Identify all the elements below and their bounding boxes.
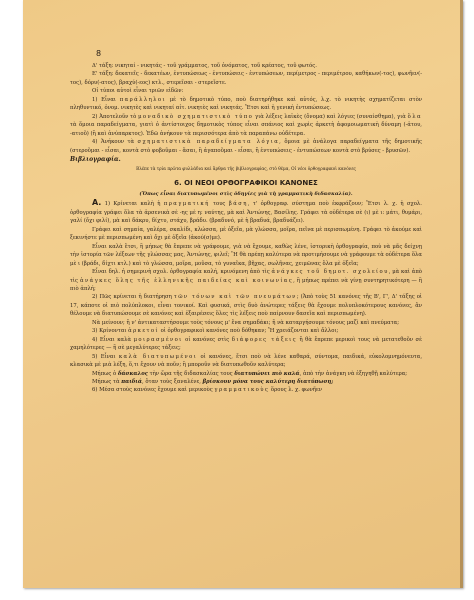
text: Μήπως ὁ xyxy=(92,371,116,377)
section-subheading: (Ὅπως εἶναι διατυπωμένοι στὶς ὁδηγίες γι… xyxy=(70,190,422,199)
section-heading: 6. ΟΙ ΝΕΟΙ ΟΡΘΟΓΡΑΦΙΚΟΙ ΚΑΝΟΝΕΣ xyxy=(70,176,422,190)
spaced-emphasis: διάφορες τάξεις xyxy=(232,337,297,343)
paragraph-a-7: 3) Κρίνονται ἀρκετοί οἱ ὀρθογραφικοὶ καν… xyxy=(70,327,422,335)
text: , ἀπὸ τὴν ἀνάγκη νὰ ἐξηγηθῇ καλύτερα; xyxy=(300,371,407,377)
text: 2) Ἀποτελοῦν τὸ xyxy=(92,114,136,120)
paragraph-a-8: 4) Εἶναι καλὰ μοιρασμένοι οἱ κανόνες στὶ… xyxy=(70,336,422,353)
bibliography-title: Βιβλιογραφία. xyxy=(70,155,422,165)
text: 3) Κρίνονται xyxy=(92,328,126,334)
text: 4) Ἀνήκουν τὰ xyxy=(92,139,134,145)
spaced-emphasis: τῶν τόνων καὶ τῶν πνευμάτων xyxy=(174,294,297,300)
text: 4) Εἶναι καλὰ xyxy=(92,337,131,343)
text: οἱ ὀρθογραφικοὶ κανόνες ποὺ δόθηκαν; Ἢ χ… xyxy=(161,328,339,334)
text: 2) Πῶς κρίνεται ἡ διατήρηση xyxy=(92,294,172,300)
document-body: Δ' τάξη: νικηταί - νικητάς - τοῦ γράμματ… xyxy=(70,62,422,395)
paragraph-a-3: Εἶναι καλὰ ἔτσι, ἢ μήπως θὰ ἔπρεπε νὰ γρ… xyxy=(70,243,422,268)
text: 1) Εἶναι xyxy=(92,97,116,103)
spaced-emphasis: ὅλα xyxy=(408,114,422,120)
spaced-emphasis: μοιρασμένοι xyxy=(134,337,183,343)
paragraph-class-d: Δ' τάξη: νικηταί - νικητάς - τοῦ γράμματ… xyxy=(70,62,422,70)
spaced-emphasis: γραμματικοὺς xyxy=(214,387,269,393)
text: 1) Κρίνεται καλὴ ἡ xyxy=(105,201,161,207)
paragraph-a-1: Α. 1) Κρίνεται καλὴ ἡ πραγματική τους βά… xyxy=(70,199,422,225)
bold-italic-emphasis: παιδιά xyxy=(121,379,142,385)
text: 5) Εἶναι xyxy=(92,354,116,360)
bibliography-note: Βλέπε τὰ τρία πρῶτα φυλλάδια καὶ ἄρθρα τ… xyxy=(70,165,422,173)
paragraph-a-6: Νὰ μείνουν; ἢ ν' ἀντικαταστήσουμε τοὺς τ… xyxy=(70,319,422,327)
paragraph-point-4: 4) Ἀνήκουν τὰ σχηματιστικὰ παραδείγματα … xyxy=(70,138,422,155)
spaced-emphasis: μοναδικὸ σχηματιστικὸ τύπο xyxy=(138,114,253,120)
text: τους xyxy=(213,201,225,207)
text: 6) Μέσα στοὺς κανόνες ἔχουμε καὶ μερικοὺ… xyxy=(92,387,213,393)
paragraph-point-1: 1) Εἶναι παράλληλοι μὲ τὸ δημοτικὸ τύπο,… xyxy=(70,96,422,113)
spaced-emphasis: σχηματιστικὰ παραδείγματα λόγια xyxy=(138,139,280,145)
paragraph-types-intro: Οἱ τύποι αὐτοὶ εἶναι τριῶν εἰδῶν: xyxy=(70,87,422,95)
spaced-emphasis: βάση xyxy=(229,201,248,207)
text: , ὅταν τοὺς ξαναλένε, xyxy=(142,379,201,385)
text: τὰ ὅμοια παραδείγματα, γιατὶ ὁ ἀντίστοιχ… xyxy=(70,122,422,136)
spaced-emphasis: ἀνάγκες ὅλης τῆς ἑλληνικῆς παιδείας καὶ … xyxy=(80,278,293,284)
section-letter: Α. xyxy=(92,198,101,207)
paragraph-a-10: Μήπως ὁ δάσκαλος τὴν ὥρα τῆς διδασκαλίας… xyxy=(70,370,422,378)
paragraph-class-e: Ε' τάξη: δεκατεῖς - δεκατέων, ἐντυπώσεως… xyxy=(70,70,422,87)
text: Μήπως τὰ xyxy=(92,379,120,385)
paragraph-a-2: Γράφει καὶ σημαία, γαλέρα, σκαλίδι, κλώσ… xyxy=(70,226,422,243)
bold-italic-emphasis: δάσκαλος xyxy=(118,371,148,377)
text: γιὰ λέξεις λαϊκὲς (ὄνομα) καὶ λόγιες (συ… xyxy=(255,114,406,120)
paragraph-a-5: 2) Πῶς κρίνεται ἡ διατήρηση τῶν τόνων κα… xyxy=(70,293,422,318)
text: τὴν ὥρα τῆς διδασκαλίας τους xyxy=(150,371,233,377)
bold-italic-emphasis: διατυπώνει πιὸ καλά xyxy=(234,371,299,377)
spaced-emphasis: πραγματική xyxy=(164,201,210,207)
paragraph-a-4: Εἶναι δηλ. ἡ σημερινὴ σχολ. ὀρθογραφία κ… xyxy=(70,268,422,293)
text: Εἶναι δηλ. ἡ σημερινὴ σχολ. ὀρθογραφία κ… xyxy=(92,269,270,275)
paragraph-a-9: 5) Εἶναι καλὰ διατυπωμένοι οἱ κανόνες, ἔ… xyxy=(70,353,422,370)
paragraph-a-11: Μήπως τὰ παιδιά, ὅταν τοὺς ξαναλένε, βρί… xyxy=(70,378,422,386)
spaced-emphasis: παράλληλοι xyxy=(120,97,166,103)
spaced-emphasis: ἀνάγκες τοῦ δημοτ. σχολείου xyxy=(272,269,389,275)
bold-italic-emphasis: βρίσκουν μόνα τους καλύτερη διατύπωση; xyxy=(203,379,334,385)
page-number: 8 xyxy=(96,49,101,58)
text: ὅρους λ. χ. φωνῆεν xyxy=(271,387,322,393)
spaced-emphasis: ἀρκετοί xyxy=(128,328,159,334)
paragraph-point-2: 2) Ἀποτελοῦν τὸ μοναδικὸ σχηματιστικὸ τύ… xyxy=(70,113,422,138)
spaced-emphasis: καλὰ διατυπωμένοι xyxy=(119,354,197,360)
text: οἱ κανόνες στὶς xyxy=(185,337,229,343)
paragraph-a-12: 6) Μέσα στοὺς κανόνες ἔχουμε καὶ μερικοὺ… xyxy=(70,386,422,394)
